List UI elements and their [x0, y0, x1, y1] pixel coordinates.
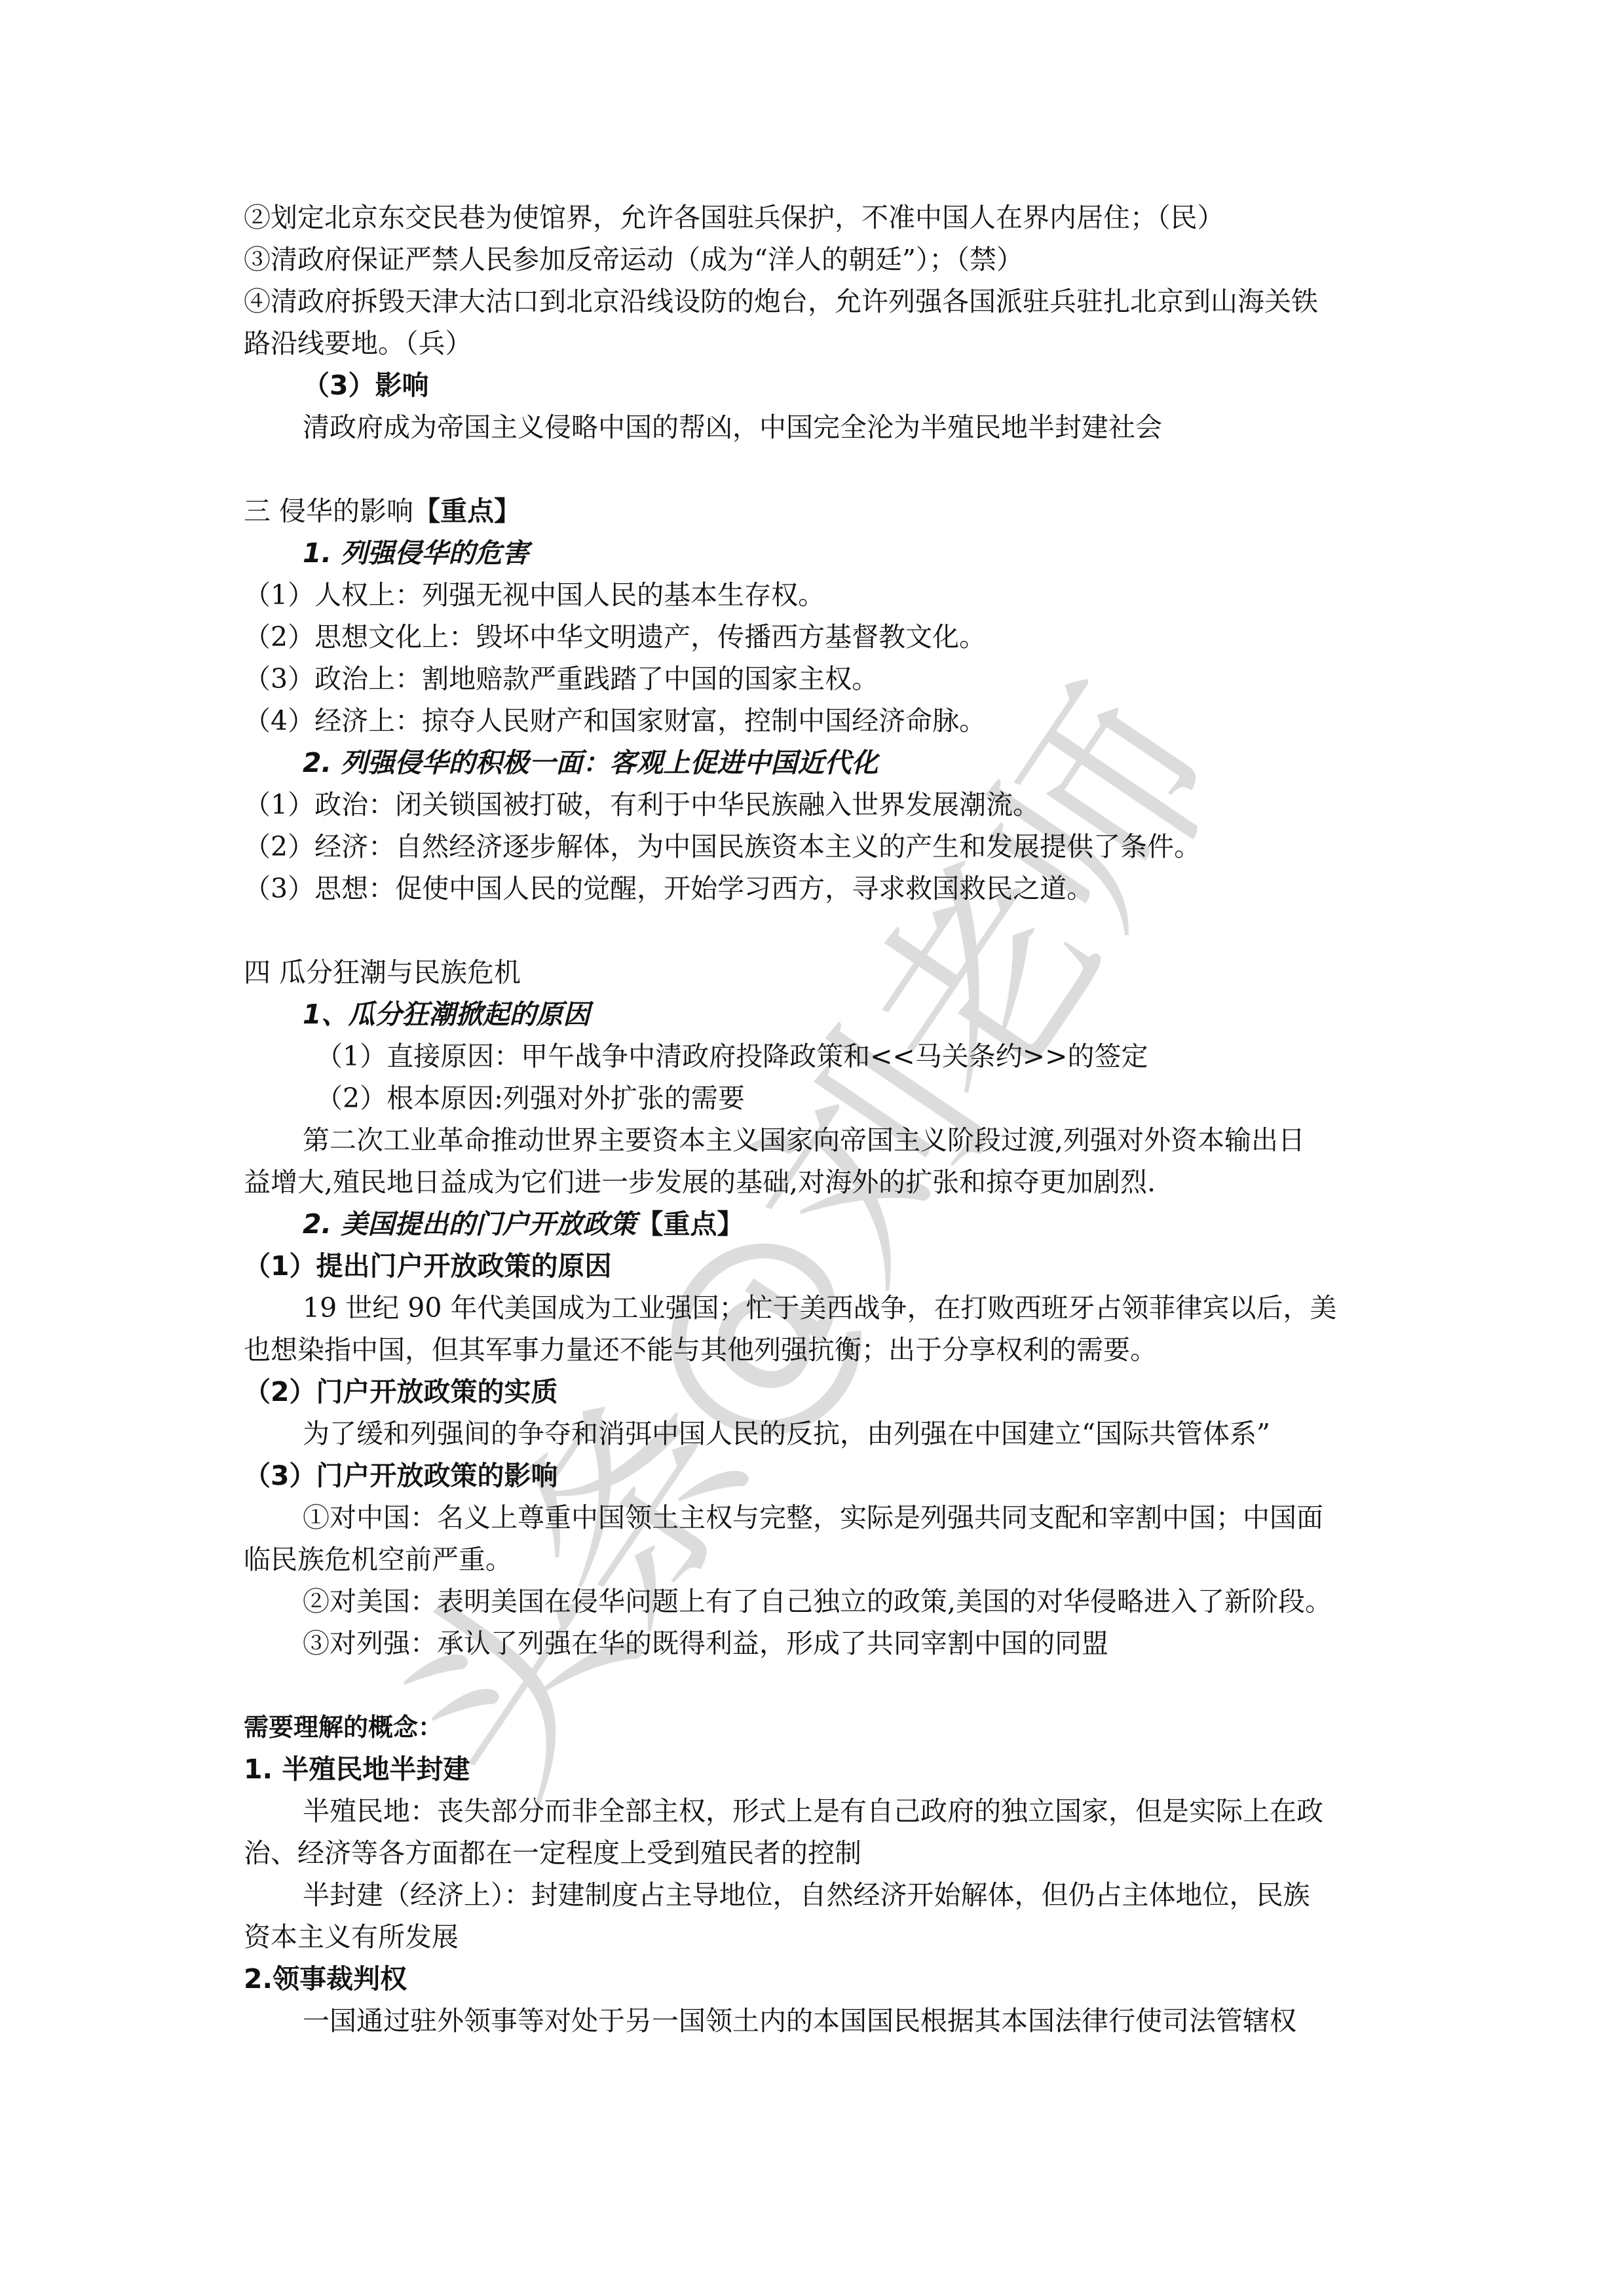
- semi-feudal-line2: 资本主义有所发展: [244, 1916, 459, 1958]
- concept2-heading: 2.领事裁判权: [244, 1958, 407, 2000]
- impact-text: 清政府成为帝国主义侵略中国的帮凶，中国完全沦为半殖民地半封建社会: [303, 406, 1162, 448]
- harm-item-3: （3）政治上：割地赔款严重践踏了中国的国家主权。: [244, 658, 878, 700]
- harm-item-4: （4）经济上：掠夺人民财产和国家财富，控制中国经济命脉。: [244, 700, 986, 742]
- open-door-impact-heading: （3）门户开放政策的影响: [244, 1455, 558, 1497]
- impact-china-line2: 临民族危机空前严重。: [244, 1539, 512, 1580]
- section4-sub1-heading: 1、瓜分狂潮掀起的原因: [303, 993, 590, 1035]
- impact-heading: （3）影响: [303, 364, 429, 406]
- reason-heading: （1）提出门户开放政策的原因: [244, 1245, 612, 1287]
- reason-line1: 19 世纪 90 年代美国成为工业强国；忙于美西战争，在打败西班牙占领菲律宾以后…: [303, 1287, 1336, 1329]
- open-door-heading-text: 2. 美国提出的门户开放政策: [303, 1208, 636, 1240]
- section3-title: 三 侵华的影响【重点】: [244, 490, 521, 532]
- harm-item-2: （2）思想文化上：毁坏中华文明遗产，传播西方基督教文化。: [244, 616, 986, 658]
- semi-feudal-line1: 半封建（经济上）：封建制度占主导地位，自然经济开始解体，但仍占主体地位，民族: [303, 1874, 1310, 1916]
- essence-text: 为了缓和列强间的争夺和消弭中国人民的反抗，由列强在中国建立“国际共管体系”: [303, 1413, 1270, 1455]
- section4-sub2-heading: 2. 美国提出的门户开放政策【重点】: [303, 1203, 744, 1245]
- essence-heading: （2）门户开放政策的实质: [244, 1371, 558, 1413]
- semi-colony-line2: 治、经济等各方面都在一定程度上受到殖民者的控制: [244, 1832, 861, 1874]
- key-point-badge: 【重点】: [636, 1208, 744, 1240]
- cause-item-2: （2）根本原因:列强对外扩张的需要: [316, 1077, 745, 1119]
- impact-powers: ③对列强：承认了列强在华的既得利益，形成了共同宰割中国的同盟: [303, 1622, 1108, 1664]
- concept1-heading: 1. 半殖民地半封建: [244, 1748, 470, 1790]
- section3-sub2-heading: 2. 列强侵华的积极一面：客观上促进中国近代化: [303, 742, 878, 784]
- section3-title-text: 三 侵华的影响: [244, 495, 413, 527]
- treaty-item-4: ④清政府拆毁天津大沽口到北京沿线设防的炮台，允许列强各国派驻兵驻扎北京到山海关铁: [244, 280, 1318, 322]
- treaty-item-2: ②划定北京东交民巷为使馆界，允许各国驻兵保护，不准中国人在界内居住；（民）: [244, 197, 1224, 239]
- impact-china-line1: ①对中国：名义上尊重中国领土主权与完整，实际是列强共同支配和宰割中国；中国面: [303, 1497, 1323, 1539]
- positive-item-1: （1）政治：闭关锁国被打破，有利于中华民族融入世界发展潮流。: [244, 784, 1040, 826]
- key-point-badge: 【重点】: [413, 495, 521, 527]
- treaty-item-4-cont: 路沿线要地。（兵）: [244, 322, 472, 364]
- harm-item-1: （1）人权上：列强无视中国人民的基本生存权。: [244, 574, 825, 616]
- impact-usa: ②对美国：表明美国在侵华问题上有了自己独立的政策,美国的对华侵略进入了新阶段。: [303, 1580, 1332, 1622]
- positive-item-3: （3）思想：促使中国人民的觉醒，开始学习西方，寻求救国救民之道。: [244, 868, 1093, 909]
- consular-jurisdiction-text: 一国通过驻外领事等对处于另一国领土内的本国国民根据其本国法律行使司法管辖权: [303, 2000, 1296, 2042]
- treaty-item-3: ③清政府保证严禁人民参加反帝运动（成为“洋人的朝廷”）；（禁）: [244, 239, 1023, 280]
- cause-para-line1: 第二次工业革命推动世界主要资本主义国家向帝国主义阶段过渡,列强对外资本输出日: [303, 1119, 1305, 1161]
- section3-sub1-heading: 1. 列强侵华的危害: [303, 532, 529, 574]
- section4-title: 四 瓜分狂潮与民族危机: [244, 951, 521, 993]
- cause-para-line2: 益增大,殖民地日益成为它们进一步发展的基础,对海外的扩张和掠夺更加剧烈.: [244, 1161, 1156, 1203]
- semi-colony-line1: 半殖民地：丧失部分而非全部主权，形式上是有自己政府的独立国家，但是实际上在政: [303, 1790, 1323, 1832]
- positive-item-2: （2）经济：自然经济逐步解体，为中国民族资本主义的产生和发展提供了条件。: [244, 826, 1201, 868]
- cause-item-1: （1）直接原因：甲午战争中清政府投降政策和<<马关条约>>的签定: [316, 1035, 1148, 1077]
- concepts-title: 需要理解的概念：: [244, 1706, 443, 1748]
- reason-line2: 也想染指中国，但其军事力量还不能与其他列强抗衡；出于分享权利的需要。: [244, 1329, 1157, 1371]
